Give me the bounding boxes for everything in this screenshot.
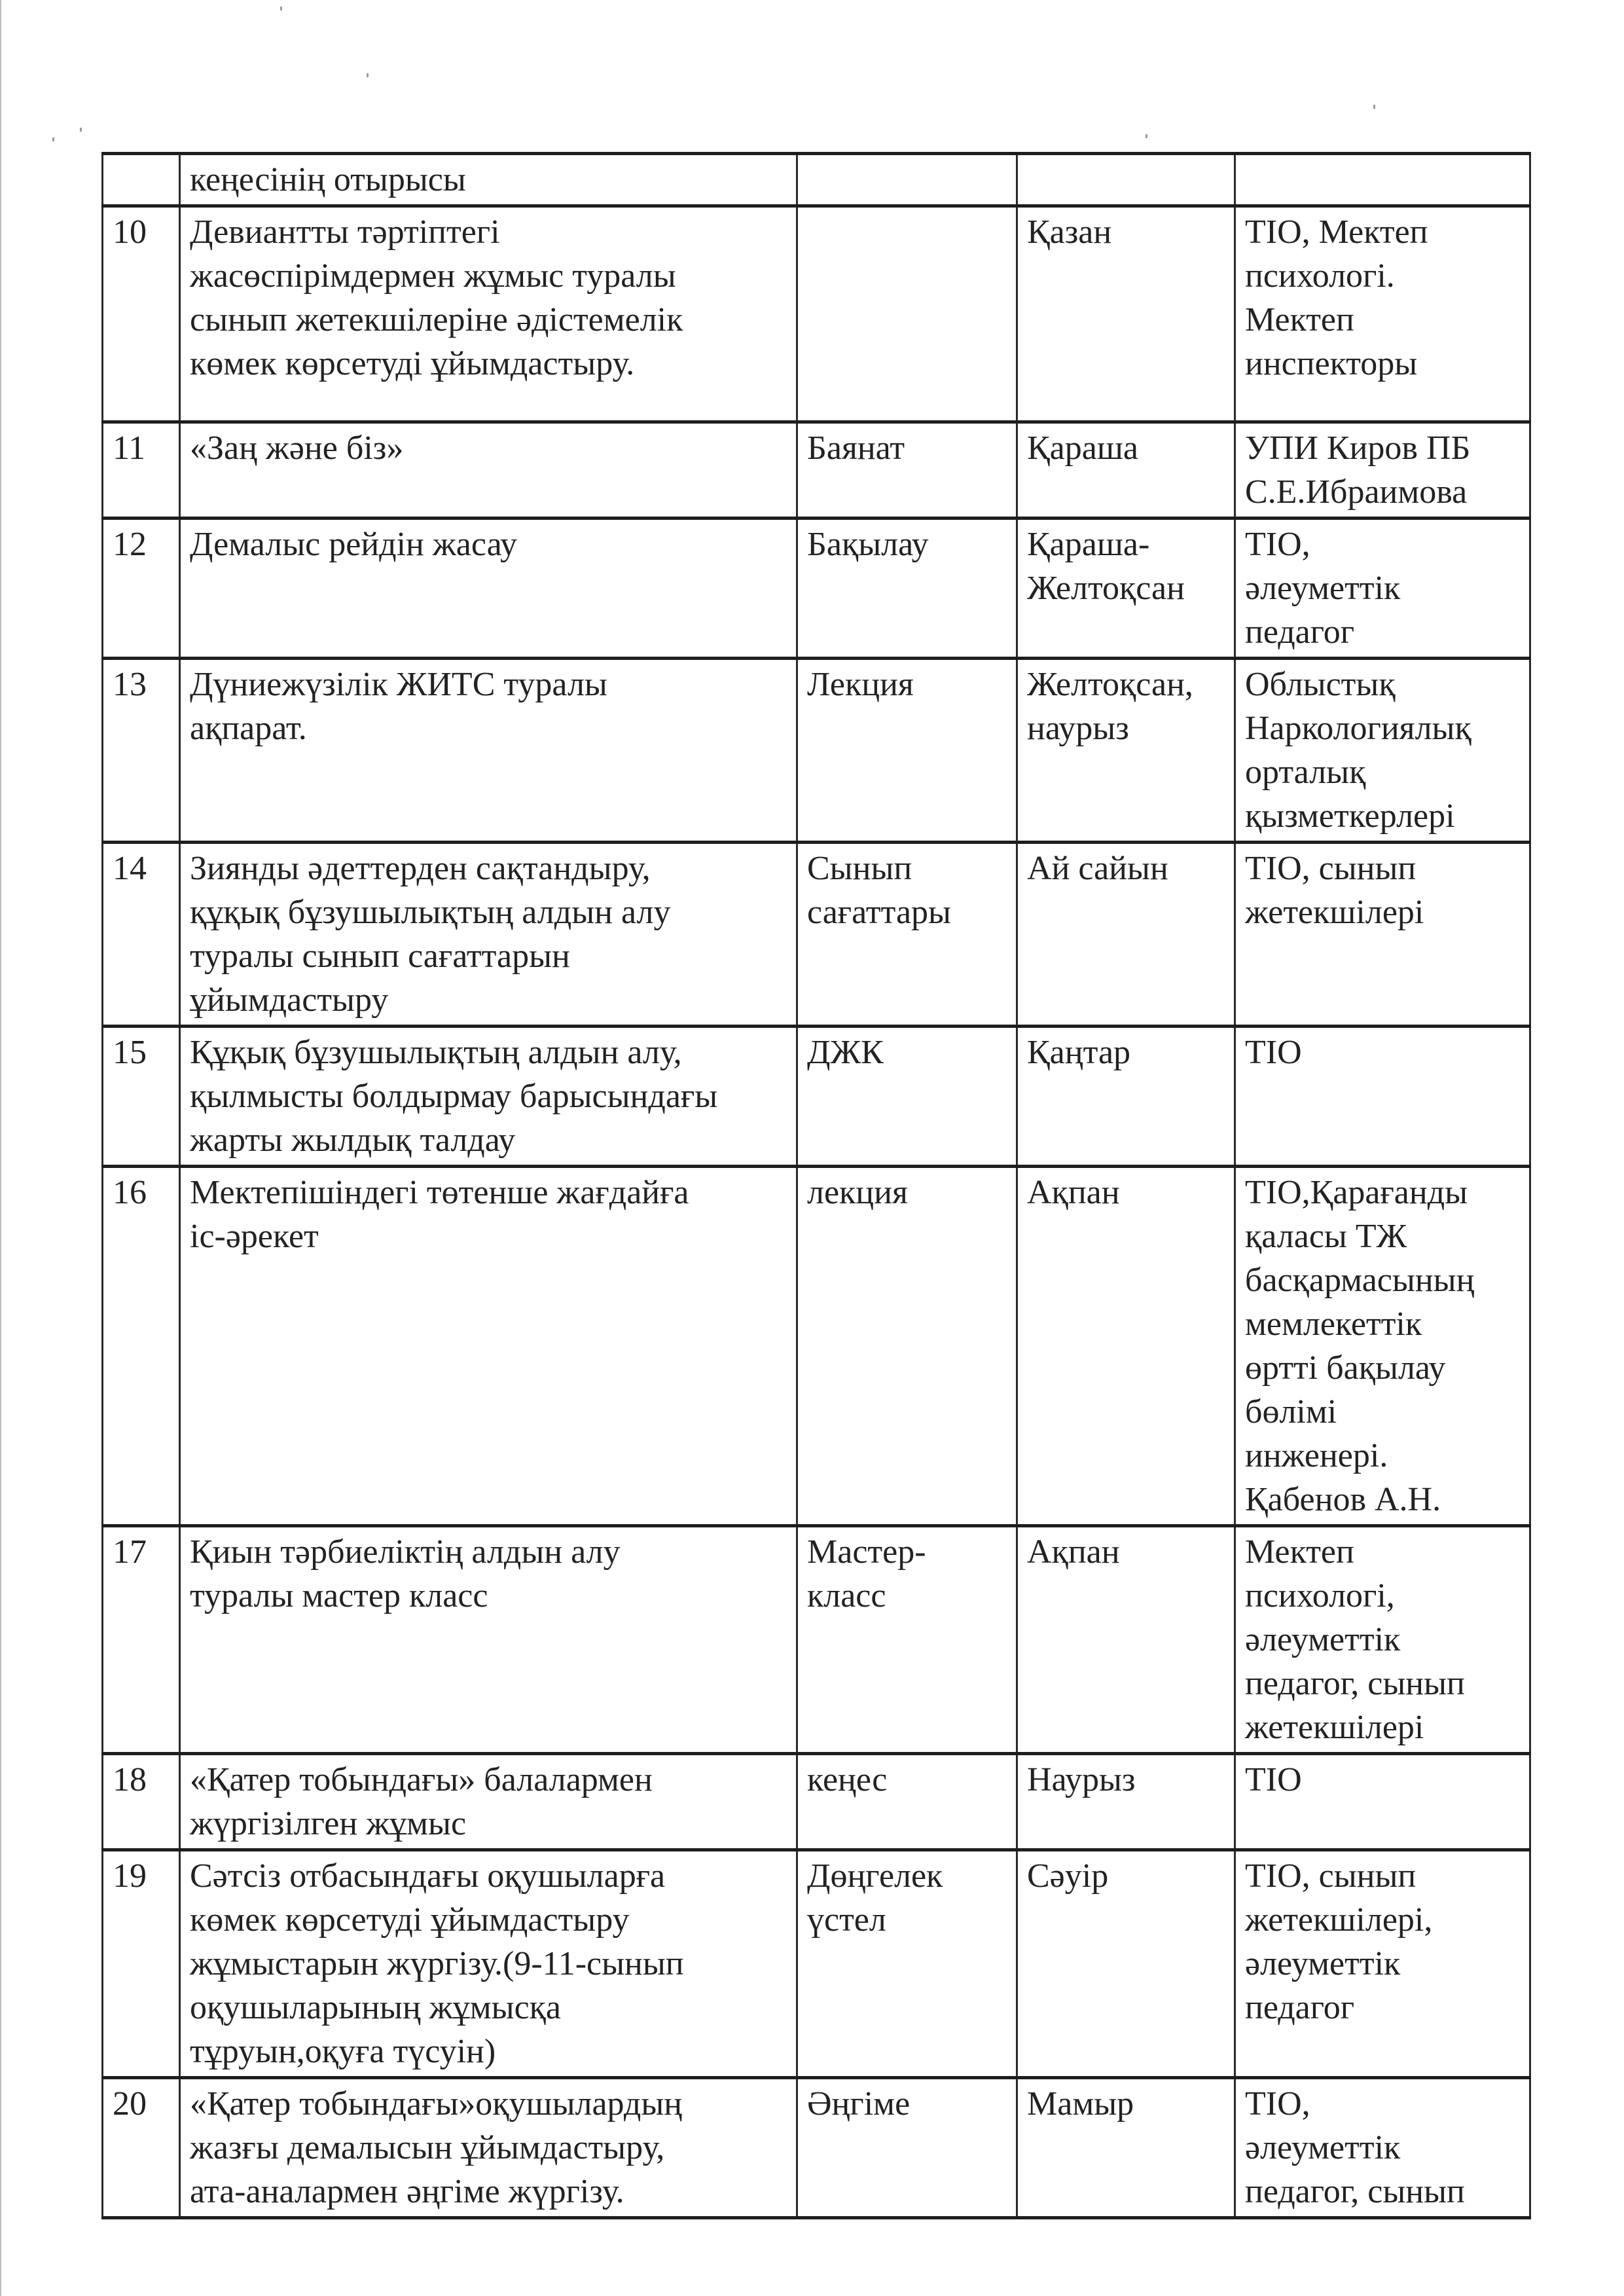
row-number: 19 [113, 1857, 147, 1895]
activity-cell: Демалыс рейдін жасау [180, 519, 797, 659]
activity-line: Мектепішіндегі төтенше жағдайға [190, 1171, 787, 1214]
activity-plan-table: кеңесінің отырысы10Девиантты тәртіптегіж… [101, 152, 1531, 2219]
row-number: 14 [113, 850, 147, 887]
activity-line: Құқық бұзушылықтың алдын алу, [190, 1030, 787, 1074]
date-cell: Қараша [1017, 422, 1235, 519]
responsible-line: қызметкерлері [1245, 794, 1520, 838]
activity-line: жарты жылдық талдау [190, 1118, 787, 1162]
form-cell: Дөңгелекүстел [797, 1850, 1017, 2078]
activity-cell: Девиантты тәртіптегіжасөспірімдермен жұм… [180, 206, 797, 422]
form-cell [797, 206, 1017, 422]
responsible-line: орталық [1245, 750, 1520, 794]
activity-cell: Қиын тәрбиеліктің алдын алутуралы мастер… [180, 1526, 797, 1754]
form-cell: Мастер-класс [797, 1526, 1017, 1754]
activity-cell: «Заң және біз» [180, 422, 797, 519]
responsible-line: инженері. [1245, 1434, 1520, 1478]
responsible-line: С.Е.Ибраимова [1245, 470, 1520, 514]
row-number-cell: 16 [103, 1167, 180, 1526]
activity-line: тұруын,оқуға түсуін) [190, 2030, 787, 2073]
date-cell [1017, 154, 1235, 206]
responsible-line: мемлекеттік [1245, 1302, 1520, 1346]
activity-line: ата-аналармен әңгіме жүргізу. [190, 2170, 787, 2214]
date-line: Ақпан [1027, 1171, 1225, 1214]
date-cell: Наурыз [1017, 1754, 1235, 1850]
form-cell: Сыныпсағаттары [797, 843, 1017, 1027]
activity-cell: Дүниежүзілік ЖИТС туралыақпарат. [180, 659, 797, 843]
date-cell: Мамыр [1017, 2078, 1235, 2218]
date-cell: Ақпан [1017, 1167, 1235, 1526]
responsible-line: бөлімі [1245, 1390, 1520, 1434]
date-line: Қаңтар [1027, 1030, 1225, 1074]
date-line: Наурыз [1027, 1758, 1225, 1802]
activity-cell: Мектепішіндегі төтенше жағдайғаіс-әрекет [180, 1167, 797, 1526]
form-cell: Бақылау [797, 519, 1017, 659]
form-cell: Әңгіме [797, 2078, 1017, 2218]
row-number-cell [103, 154, 180, 206]
activity-line: көмек көрсетуді ұйымдастыру [190, 1898, 787, 1942]
responsible-cell: ТІО [1235, 1754, 1530, 1850]
table-row: 16Мектепішіндегі төтенше жағдайғаіс-әрек… [103, 1167, 1530, 1526]
activity-line: оқушыларының жұмысқа [190, 1986, 787, 2030]
responsible-line: ТІО, сынып [1245, 847, 1520, 890]
responsible-line: әлеуметтік [1245, 1618, 1520, 1662]
table-row: 20«Қатер тобындағы»оқушылардыңжазғы дема… [103, 2078, 1530, 2218]
table-row: 14Зиянды әдеттерден сақтандыру,құқық бұз… [103, 843, 1530, 1027]
responsible-cell: ТІО,әлеуметтікпедагог [1235, 519, 1530, 659]
date-cell: Ақпан [1017, 1526, 1235, 1754]
table-row: 17Қиын тәрбиеліктің алдын алутуралы маст… [103, 1526, 1530, 1754]
activity-line: жазғы демалысын ұйымдастыру, [190, 2126, 787, 2170]
activity-cell: Зиянды әдеттерден сақтандыру,құқық бұзуш… [180, 843, 797, 1027]
responsible-line: педагог [1245, 610, 1520, 654]
table-row: 15Құқық бұзушылықтың алдын алу,қылмысты … [103, 1027, 1530, 1167]
responsible-line: педагог, сынып [1245, 1662, 1520, 1705]
table-body: кеңесінің отырысы10Девиантты тәртіптегіж… [103, 154, 1530, 2218]
row-number: 18 [113, 1761, 147, 1798]
responsible-line: Қабенов А.Н. [1245, 1478, 1520, 1522]
row-number-cell: 20 [103, 2078, 180, 2218]
date-line: Қазан [1027, 210, 1225, 254]
activity-cell: «Қатер тобындағы»оқушылардыңжазғы демалы… [180, 2078, 797, 2218]
form-line: Мастер- [807, 1530, 1007, 1574]
date-line: Ай сайын [1027, 847, 1225, 890]
responsible-line: ТІО [1245, 1030, 1520, 1074]
scan-speck [52, 137, 54, 141]
table-row: 12Демалыс рейдін жасауБақылауҚараша-Желт… [103, 519, 1530, 659]
activity-cell: кеңесінің отырысы [180, 154, 797, 206]
activity-line: Қиын тәрбиеліктің алдын алу [190, 1530, 787, 1574]
table-row: 18«Қатер тобындағы» балаларменжүргізілге… [103, 1754, 1530, 1850]
responsible-line: жетекшілері [1245, 890, 1520, 934]
responsible-line: басқармасының [1245, 1258, 1520, 1302]
form-line: Баянат [807, 426, 1007, 470]
responsible-cell [1235, 154, 1530, 206]
responsible-line: жетекшілері, [1245, 1898, 1520, 1942]
row-number: 13 [113, 666, 147, 703]
activity-line: жұмыстарын жүргізу.(9-11-сынып [190, 1942, 787, 1986]
responsible-cell: ТІО [1235, 1027, 1530, 1167]
activity-cell: Сәтсіз отбасындағы оқушыларғакөмек көрсе… [180, 1850, 797, 2078]
responsible-line: әлеуметтік [1245, 1942, 1520, 1986]
form-line: Лекция [807, 663, 1007, 706]
scan-speck [280, 7, 282, 10]
date-line: Ақпан [1027, 1530, 1225, 1574]
date-line: Қараша- [1027, 522, 1225, 566]
date-line: наурыз [1027, 706, 1225, 750]
responsible-line: ТІО, Мектеп [1245, 210, 1520, 254]
responsible-line: психологі, [1245, 1574, 1520, 1618]
responsible-line: өртті бақылау [1245, 1346, 1520, 1390]
responsible-line: қаласы ТЖ [1245, 1214, 1520, 1258]
date-line: Желтоқсан [1027, 566, 1225, 610]
form-cell: кеңес [797, 1754, 1017, 1850]
form-cell [797, 154, 1017, 206]
scan-speck [1146, 134, 1147, 138]
activity-cell: «Қатер тобындағы» балаларменжүргізілген … [180, 1754, 797, 1850]
form-cell: Баянат [797, 422, 1017, 519]
row-number-cell: 12 [103, 519, 180, 659]
date-line: Мамыр [1027, 2082, 1225, 2126]
activity-line: іс-әрекет [190, 1214, 787, 1258]
date-cell: Қараша-Желтоқсан [1017, 519, 1235, 659]
responsible-line: ТІО,Қарағанды [1245, 1171, 1520, 1214]
form-cell: лекция [797, 1167, 1017, 1526]
responsible-line: әлеуметтік [1245, 566, 1520, 610]
form-line: Бақылау [807, 522, 1007, 566]
responsible-line: ТІО, сынып [1245, 1854, 1520, 1898]
responsible-cell: ТІО, Мектеппсихологі.Мектепинспекторы [1235, 206, 1530, 422]
table-row: 11«Заң және біз»БаянатҚарашаУПИ Киров ПБ… [103, 422, 1530, 519]
scan-speck [367, 73, 369, 77]
activity-line: ұйымдастыру [190, 978, 787, 1022]
form-line: сағаттары [807, 890, 1007, 934]
row-number: 16 [113, 1174, 147, 1211]
row-number-cell: 19 [103, 1850, 180, 2078]
activity-line: «Заң және біз» [190, 426, 787, 470]
activity-line: «Қатер тобындағы» балалармен [190, 1758, 787, 1802]
row-number-cell: 13 [103, 659, 180, 843]
activity-line: Сәтсіз отбасындағы оқушыларға [190, 1854, 787, 1898]
row-number: 15 [113, 1034, 147, 1071]
responsible-line: Наркологиялық [1245, 706, 1520, 750]
form-line: Дөңгелек [807, 1854, 1007, 1898]
date-cell: Сәуір [1017, 1850, 1235, 2078]
responsible-line: Мектеп [1245, 1530, 1520, 1574]
form-line: ДЖК [807, 1030, 1007, 1074]
form-line: Сынып [807, 847, 1007, 890]
scan-page-edge [0, 0, 1, 2296]
responsible-line: педагог, сынып [1245, 2170, 1520, 2214]
activity-line: Зиянды әдеттерден сақтандыру, [190, 847, 787, 890]
activity-line: көмек көрсетуді ұйымдастыру. [190, 342, 787, 386]
responsible-line: Облыстық [1245, 663, 1520, 706]
activity-line: сынып жетекшілеріне әдістемелік [190, 298, 787, 342]
activity-line: қылмысты болдырмау барысындағы [190, 1074, 787, 1118]
responsible-cell: УПИ Киров ПБС.Е.Ибраимова [1235, 422, 1530, 519]
scan-speck [80, 128, 82, 132]
responsible-line: психологі. [1245, 254, 1520, 298]
row-number-cell: 10 [103, 206, 180, 422]
row-number-cell: 14 [103, 843, 180, 1027]
activity-cell: Құқық бұзушылықтың алдын алу,қылмысты бо… [180, 1027, 797, 1167]
responsible-cell: ТІО,Қарағандықаласы ТЖбасқармасыныңмемле… [1235, 1167, 1530, 1526]
row-number: 11 [113, 429, 145, 467]
responsible-line: әлеуметтік [1245, 2126, 1520, 2170]
responsible-line: ТІО, [1245, 2082, 1520, 2126]
responsible-line: ТІО, [1245, 522, 1520, 566]
responsible-line: ТІО [1245, 1758, 1520, 1802]
date-cell: Қазан [1017, 206, 1235, 422]
activity-line: туралы мастер класс [190, 1574, 787, 1618]
responsible-cell: ТІО,әлеуметтікпедагог, сынып [1235, 2078, 1530, 2218]
date-line: Қараша [1027, 426, 1225, 470]
responsible-line: жетекшілері [1245, 1705, 1520, 1749]
table-row: 19Сәтсіз отбасындағы оқушыларғакөмек көр… [103, 1850, 1530, 2078]
table-row: 13Дүниежүзілік ЖИТС туралыақпарат.Лекция… [103, 659, 1530, 843]
table-row: кеңесінің отырысы [103, 154, 1530, 206]
responsible-line: педагог [1245, 1986, 1520, 2030]
form-cell: Лекция [797, 659, 1017, 843]
row-number: 12 [113, 526, 147, 563]
activity-line: туралы сынып сағаттарын [190, 934, 787, 978]
activity-line: Демалыс рейдін жасау [190, 522, 787, 566]
row-number: 17 [113, 1533, 147, 1571]
form-line: кеңес [807, 1758, 1007, 1802]
form-line: лекция [807, 1171, 1007, 1214]
activity-line: кеңесінің отырысы [190, 158, 787, 202]
row-number: 10 [113, 213, 147, 251]
row-number-cell: 17 [103, 1526, 180, 1754]
activity-line: жасөспірімдермен жұмыс туралы [190, 254, 787, 298]
form-line: үстел [807, 1898, 1007, 1942]
row-number-cell: 11 [103, 422, 180, 519]
date-cell: Қаңтар [1017, 1027, 1235, 1167]
row-number-cell: 15 [103, 1027, 180, 1167]
form-cell: ДЖК [797, 1027, 1017, 1167]
activity-line: Дүниежүзілік ЖИТС туралы [190, 663, 787, 706]
table-row: 10Девиантты тәртіптегіжасөспірімдермен ж… [103, 206, 1530, 422]
scan-speck [1373, 105, 1375, 109]
row-number: 20 [113, 2085, 147, 2123]
activity-line: «Қатер тобындағы»оқушылардың [190, 2082, 787, 2126]
form-line: класс [807, 1574, 1007, 1618]
responsible-cell: ОблыстықНаркологиялықорталыққызметкерлер… [1235, 659, 1530, 843]
responsible-line: Мектеп [1245, 298, 1520, 342]
date-cell: Ай сайын [1017, 843, 1235, 1027]
form-line: Әңгіме [807, 2082, 1007, 2126]
responsible-line: инспекторы [1245, 342, 1520, 386]
date-line: Сәуір [1027, 1854, 1225, 1898]
date-line: Желтоқсан, [1027, 663, 1225, 706]
responsible-cell: Мектеппсихологі,әлеуметтікпедагог, сынып… [1235, 1526, 1530, 1754]
date-cell: Желтоқсан,наурыз [1017, 659, 1235, 843]
responsible-cell: ТІО, сыныпжетекшілері,әлеуметтікпедагог [1235, 1850, 1530, 2078]
row-number-cell: 18 [103, 1754, 180, 1850]
activity-line: құқық бұзушылықтың алдын алу [190, 890, 787, 934]
responsible-cell: ТІО, сыныпжетекшілері [1235, 843, 1530, 1027]
activity-line: жүргізілген жұмыс [190, 1802, 787, 1846]
activity-line: Девиантты тәртіптегі [190, 210, 787, 254]
activity-line: ақпарат. [190, 706, 787, 750]
responsible-line: УПИ Киров ПБ [1245, 426, 1520, 470]
